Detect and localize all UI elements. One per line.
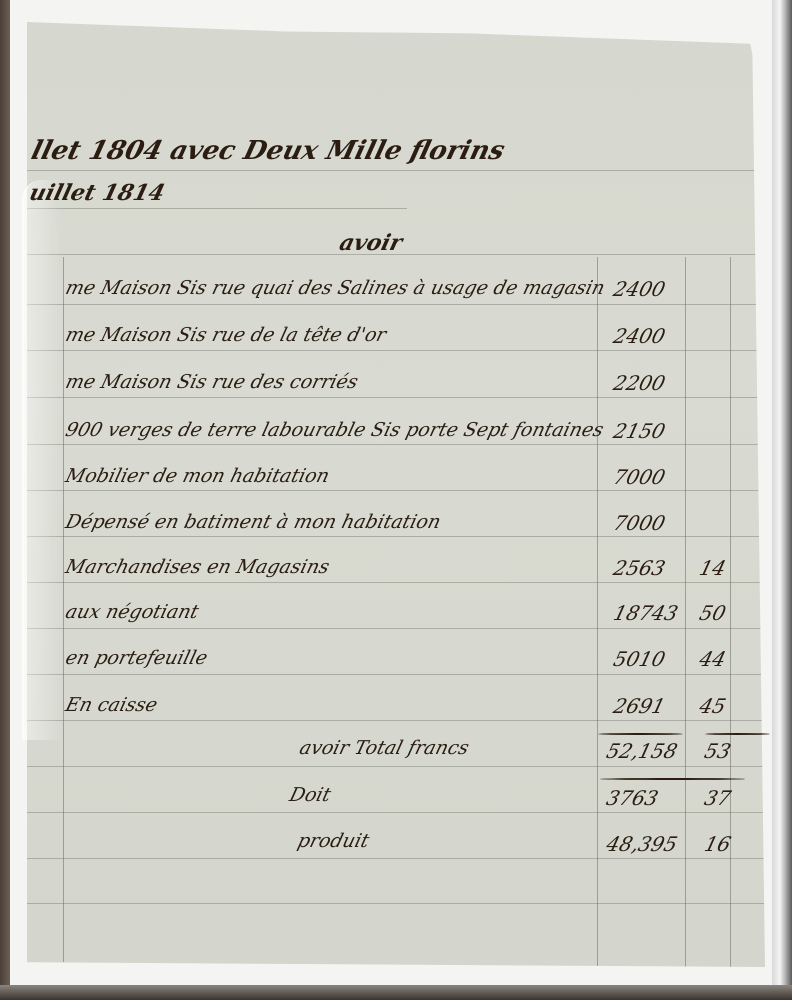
ruling-line [27,350,765,351]
right-column-rule [730,257,731,967]
row-description: Dépensé en batiment à mon habitation [63,511,443,533]
ruling-line [27,812,765,813]
row-amount: 2150 [611,419,668,443]
row-description: Mobilier de mon habitation [63,465,331,487]
row-description: En caisse [63,694,159,716]
ruling-line [27,397,765,398]
row-description: en portefeuille [63,647,210,669]
total-amount: 52,158 [604,739,680,763]
total-amount: 3763 [604,786,661,810]
album-frame-left [0,0,10,1000]
total-label: Doit [287,784,333,806]
total-amount: 48,395 [604,832,680,856]
row-description: me Maison Sis rue de la tête d'or [63,324,388,346]
row-description: me Maison Sis rue des corriés [63,371,360,393]
ruling-line [27,208,407,209]
plastic-sleeve-glare [22,180,64,740]
subtotal-underline [600,778,745,780]
amount-column-rule [597,257,598,967]
row-description: aux négotiant [63,601,201,623]
heading-line-1: llet 1804 avec Deux Mille florins [28,136,508,166]
row-amount: 2200 [611,371,668,395]
row-amount: 7000 [611,511,668,535]
ruling-line [27,444,765,445]
ruling-line [27,170,765,171]
heading-line-2: uillet 1814 [27,180,168,206]
ruling-line [27,304,765,305]
ruling-line [27,858,765,859]
row-description: Marchandises en Magasins [63,556,331,578]
ruling-line [27,490,765,491]
total-underline [598,733,683,735]
ruling-line [27,536,765,537]
ruling-line [27,766,765,767]
total-label: avoir Total francs [297,737,471,759]
cents-column-rule [685,257,686,967]
ruling-line [27,903,765,904]
total-label: produit [295,830,371,852]
row-amount: 2691 [611,694,668,718]
ruling-line [27,582,765,583]
row-amount: 18743 [611,601,681,625]
plastic-sleeve-edge [772,0,792,1000]
row-amount: 2563 [611,556,668,580]
ruling-line [27,720,765,721]
row-amount: 7000 [611,465,668,489]
ruling-line [27,628,765,629]
album-frame-bottom [0,985,792,1000]
ruling-line [27,674,765,675]
row-amount: 5010 [611,647,668,671]
row-description: me Maison Sis rue quai des Salines à usa… [63,277,607,299]
section-title: avoir [337,230,405,256]
row-description: 900 verges de terre labourable Sis porte… [63,419,606,441]
total-underline [705,733,770,735]
row-amount: 2400 [611,277,668,301]
row-amount: 2400 [611,324,668,348]
